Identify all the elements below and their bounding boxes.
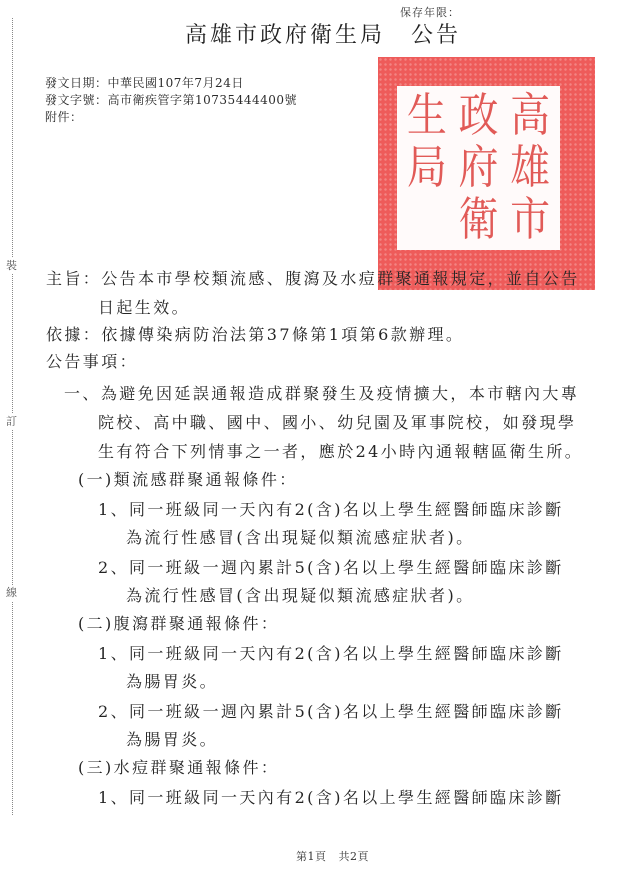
section-2-condition-1-line-2: 為腸胃炎。 (126, 669, 218, 692)
section-2-condition-1-line-1: 1、同一班級同一天內有2(含)名以上學生經醫師臨床診斷 (98, 641, 564, 664)
section-2-condition-2-line-2: 為腸胃炎。 (126, 727, 218, 750)
condition-marker: 2、 (98, 702, 129, 721)
subject-text: 公告本市學校類流感、腹瀉及水痘群聚通報規定，並自公告 (101, 269, 579, 288)
section-1-condition-2-line-2: 為流行性感冒(含出現疑似類流感症狀者)。 (126, 583, 475, 606)
document-number: 發文字號：高市衛疾管字第10735444400號 (45, 91, 297, 108)
basis: 依據：依據傳染病防治法第37條第1項第6款辦理。 (46, 322, 464, 345)
agency-name: 高雄市政府衛生局 (185, 23, 385, 48)
basis-text: 依據傳染病防治法第37條第1項第6款辦理。 (101, 325, 464, 344)
subject-label: 主旨： (46, 269, 101, 288)
document-type: 公告 (411, 23, 461, 48)
page-total: 共2頁 (339, 850, 370, 863)
section-3-heading: (三)水痘群聚通報條件： (78, 755, 279, 778)
seal-char: 生 (401, 86, 453, 146)
page-indicator: 第1頁共2頁 (296, 848, 369, 864)
document-number-value: 高市衛疾管字第10735444400號 (108, 93, 297, 107)
item-1-line-3: 生有符合下列情事之一者，應於24小時內通報轄區衛生所。 (98, 439, 583, 462)
section-3-condition-1-line-1: 1、同一班級同一天內有2(含)名以上學生經醫師臨床診斷 (98, 785, 564, 808)
binding-label-zhuang: 裝 (6, 258, 17, 274)
basis-label: 依據： (46, 325, 101, 344)
item-1-line-1: 一、為避免因延誤通報造成群聚發生及疫情擴大，本市轄內大專 (64, 381, 579, 404)
condition-marker: 2、 (98, 558, 129, 577)
binding-label-ding: 訂 (6, 414, 17, 430)
binding-label-xian: 線 (6, 585, 17, 601)
attachment: 附件： (45, 108, 83, 125)
seal-char (401, 190, 453, 250)
seal-char: 市 (504, 190, 556, 250)
issue-date-value: 中華民國107年7月24日 (108, 76, 244, 90)
section-1-condition-1-line-1: 1、同一班級同一天內有2(含)名以上學生經醫師臨床診斷 (98, 497, 564, 520)
condition-text: 同一班級一週內累計5(含)名以上學生經醫師臨床診斷 (129, 702, 564, 721)
section-2-condition-2-line-1: 2、同一班級一週內累計5(含)名以上學生經醫師臨床診斷 (98, 699, 564, 722)
seal-char: 高 (504, 86, 556, 146)
attachment-label: 附件： (45, 110, 83, 124)
section-1-condition-2-line-1: 2、同一班級一週內累計5(含)名以上學生經醫師臨床診斷 (98, 555, 564, 578)
seal-inner-field: 高 雄 市 政 府 衛 生 局 (397, 86, 560, 250)
subject-line-1: 主旨：公告本市學校類流感、腹瀉及水痘群聚通報規定，並自公告 (46, 266, 580, 289)
condition-text: 同一班級同一天內有2(含)名以上學生經醫師臨床診斷 (129, 500, 564, 519)
section-1-condition-1-line-2: 為流行性感冒(含出現疑似類流感症狀者)。 (126, 525, 475, 548)
item-1-text: 為避免因延誤通報造成群聚發生及疫情擴大，本市轄內大專 (101, 384, 579, 403)
item-1-line-2: 院校、高中職、國中、國小、幼兒園及軍事院校，如發現學 (98, 410, 576, 433)
document-title: 高雄市政府衛生局公告 (185, 18, 461, 49)
issue-date: 發文日期：中華民國107年7月24日 (45, 74, 244, 91)
seal-char: 雄 (504, 138, 556, 198)
issue-date-label: 發文日期： (45, 76, 108, 90)
condition-marker: 1、 (98, 500, 129, 519)
condition-text: 同一班級同一天內有2(含)名以上學生經醫師臨床診斷 (129, 644, 564, 663)
condition-text: 同一班級同一天內有2(含)名以上學生經醫師臨床診斷 (129, 788, 564, 807)
section-1-heading: (一)類流感群聚通報條件： (78, 467, 298, 490)
seal-characters: 高 雄 市 政 府 衛 生 局 (401, 90, 556, 246)
seal-char: 府 (453, 138, 505, 198)
section-2-heading: (二)腹瀉群聚通報條件： (78, 611, 279, 634)
item-1-marker: 一、 (64, 384, 101, 403)
document-number-label: 發文字號： (45, 93, 108, 107)
condition-marker: 1、 (98, 788, 129, 807)
seal-char: 政 (453, 86, 505, 146)
seal-char: 局 (401, 138, 453, 198)
official-seal: 高 雄 市 政 府 衛 生 局 (378, 57, 595, 290)
page-current: 第1頁 (296, 850, 327, 863)
subject-line-2: 日起生效。 (98, 295, 190, 318)
notice-items-heading: 公告事項： (46, 349, 138, 372)
seal-char: 衛 (453, 190, 505, 250)
condition-marker: 1、 (98, 644, 129, 663)
condition-text: 同一班級一週內累計5(含)名以上學生經醫師臨床診斷 (129, 558, 564, 577)
